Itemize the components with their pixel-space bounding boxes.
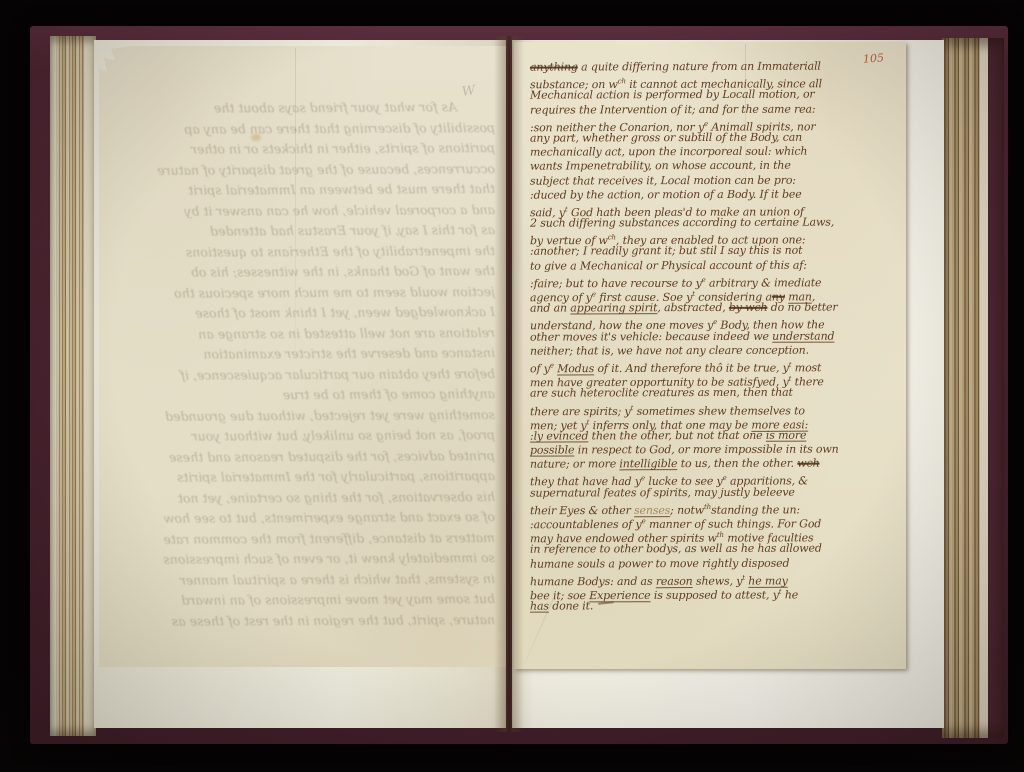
showthrough-line: before they obtain our particular acquie… <box>113 364 495 386</box>
manuscript-line: of ye Modus of it. And therefore thô it … <box>530 357 890 372</box>
manuscript-line: wants Impenetrability, on whose account,… <box>530 159 890 174</box>
crease-line <box>745 44 746 204</box>
showthrough-line: the want of God thanks, in the witnesses… <box>113 261 495 283</box>
showthrough-line: possibility of discerning that there can… <box>113 118 495 140</box>
manuscript-line: 2 such differing substances according to… <box>530 215 890 230</box>
manuscript-line: supernatural feates of spirits, may just… <box>530 485 890 500</box>
manuscript-line: are such heteroclite creatures as men, t… <box>530 386 890 401</box>
manuscript-line: any part, whether gross or subtill of th… <box>530 130 890 145</box>
showthrough-line: of so exact and strange experiments, but… <box>113 507 495 529</box>
manuscript-line: :accountablenes of ye manner of such thi… <box>530 513 890 528</box>
manuscript-line: :faire; but to have recourse to ye arbit… <box>530 272 890 287</box>
manuscript-line: to give a Mechanical or Physical account… <box>530 258 890 273</box>
showthrough-line: occurrences, because of the great dispar… <box>113 159 495 181</box>
manuscript-leaf-right: 105 anything a quite differing nature fr… <box>514 42 906 669</box>
crease-line <box>295 48 296 348</box>
showthrough-line: in systems, that which is there a spirit… <box>113 569 495 591</box>
manuscript-text: anything a quite differing nature from a… <box>530 60 890 613</box>
pencil-mark: W <box>461 83 476 100</box>
showthrough-line: anything come of them to be true <box>113 384 495 406</box>
manuscript-line: agency of ye first cause. Soe yt conside… <box>530 286 890 301</box>
showthrough-line: so immediately knew it, or even of such … <box>113 548 495 570</box>
manuscript-line: :duced by the action, or motion of a Bod… <box>530 187 890 202</box>
manuscript-line: other moves it's vehicle: because indeed… <box>530 329 890 344</box>
manuscript-line: in reference to other bodys, as well as … <box>530 542 890 557</box>
manuscript-line: bee it; soe Experience is supposed to at… <box>530 584 890 599</box>
manuscript-line: :another; I readily grant it; but stil I… <box>530 244 890 259</box>
manuscript-line: neither; that is, we have not any cleare… <box>530 343 890 358</box>
manuscript-line: has done it. <box>530 598 890 613</box>
manuscript-line: there are spirits; yt sometimes shew the… <box>530 400 890 415</box>
manuscript-line: said, yt God hath been pleas'd to make a… <box>530 201 890 216</box>
showthrough-line: printed advices, for the disputed reason… <box>113 446 495 468</box>
manuscript-line: humane Bodys: and as reason shews, yt he… <box>530 570 890 585</box>
showthrough-line: matters at distance, different from the … <box>113 528 495 550</box>
manuscript-line: Mechanical action is performed by Locall… <box>530 88 890 103</box>
manuscript-line: subject that receives it, Local motion c… <box>530 173 890 188</box>
manuscript-photo: As for what your friend says about thepo… <box>0 0 1024 772</box>
manuscript-line: humane souls a power to move rightly dis… <box>530 556 890 571</box>
showthrough-line: and a corporeal vehicle, how he can answ… <box>113 200 495 222</box>
showthrough-line: that there must be between an Immaterial… <box>113 179 495 201</box>
manuscript-line: possible in respect to God, or more impo… <box>530 442 890 457</box>
showthrough-line: but some may yet move impressions of an … <box>113 589 495 611</box>
right-fore-edge <box>942 38 1004 738</box>
showthrough-line: nature, spirit, but the region in the re… <box>113 610 495 632</box>
showthrough-line: his observations, for the thing so certa… <box>113 487 495 509</box>
showthrough-line: instance and deserve the stricter examin… <box>113 343 495 365</box>
manuscript-line: :ly evinced then the other, but not that… <box>530 428 890 443</box>
showthrough-line: something were yet rejected, without due… <box>113 405 495 427</box>
manuscript-line: men; yet yt inferrs only, that one may b… <box>530 414 890 429</box>
left-fore-edge <box>50 36 96 736</box>
gutter-shadow <box>494 36 524 732</box>
manuscript-leaf-left: As for what your friend says about thepo… <box>99 46 506 667</box>
showthrough-line: the impenetrability of the Etherians to … <box>113 241 495 263</box>
manuscript-line: they that have had ye lucke to see ye ap… <box>530 471 890 486</box>
manuscript-line: anything a quite differing nature from a… <box>530 59 890 74</box>
showthrough-line: As for what your friend says about the <box>113 97 495 119</box>
showthrough-line: proof, as not being so unlikely, but wit… <box>113 425 495 447</box>
showthrough-line: jection would seem to me much more speci… <box>113 282 495 304</box>
manuscript-line: requires the Intervention of it; and for… <box>530 102 890 117</box>
showthrough-text: As for what your friend says about thepo… <box>113 98 495 631</box>
manuscript-line: understand, how the one moves ye Body, t… <box>530 315 890 330</box>
manuscript-line: their Eyes & other senses; notwthstandin… <box>530 499 890 514</box>
showthrough-line: paritions of spirits, either in thickets… <box>113 138 495 160</box>
showthrough-line: as for this I say, if your Erastus had a… <box>113 220 495 242</box>
showthrough-line: apparitions, particularly for the Immate… <box>113 466 495 488</box>
showthrough-line: relations are not well attested in so st… <box>113 323 495 345</box>
foxing-stain <box>251 134 261 141</box>
manuscript-line: :son neither the Conarion, nor ye Animal… <box>530 116 890 131</box>
showthrough-line: I acknowledged ween, yet I think most of… <box>113 302 495 324</box>
